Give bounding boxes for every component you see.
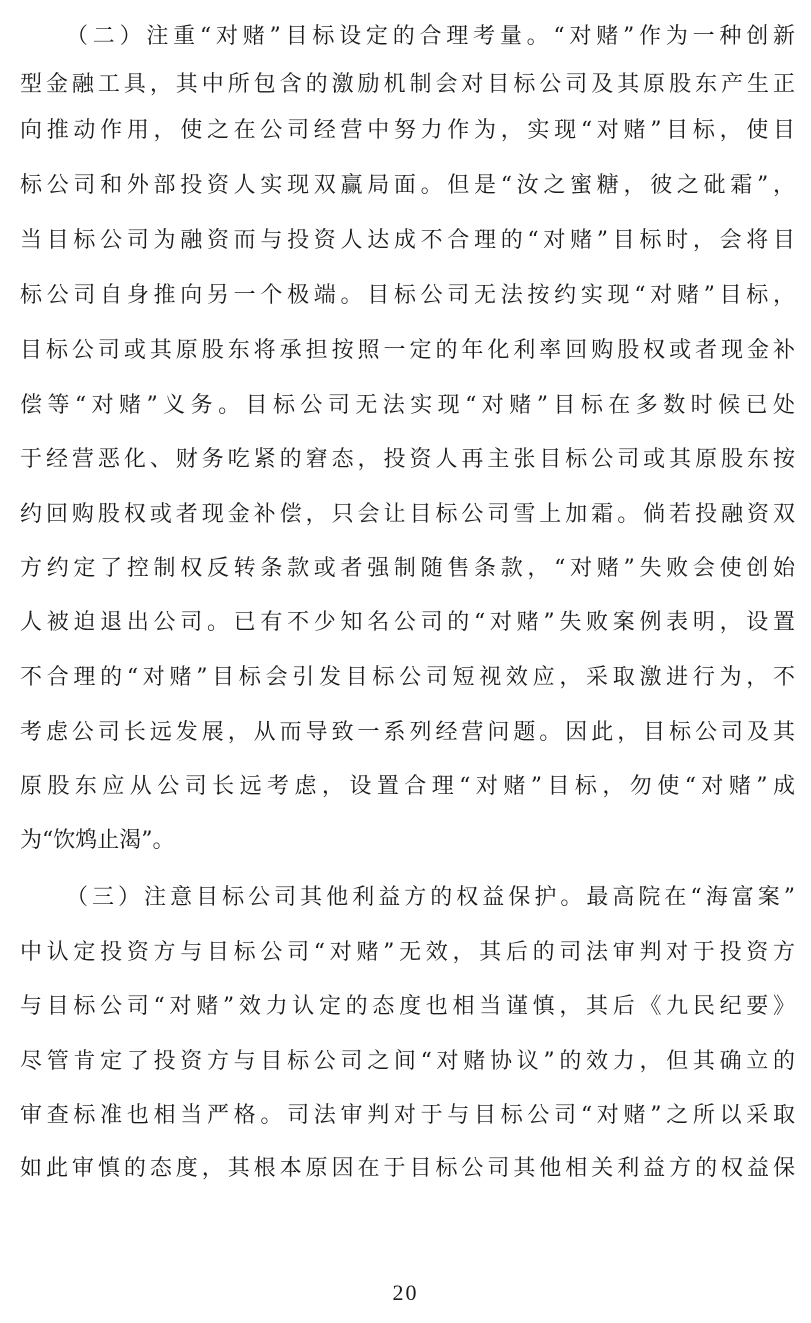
document-page: （二）注重“对赌”目标设定的合理考量。“对赌”作为一种创新 型金融工具，其中所包… [0, 0, 811, 1323]
paragraph-line: 约回购股权或者现金补偿，只会让目标公司雪上加霜。倘若投融资双 [20, 500, 795, 530]
paragraph-line: 标公司和外部投资人实现双赢局面。但是“汝之蜜糖，彼之砒霜”， [20, 171, 795, 201]
paragraph-line: （二）注重“对赌”目标设定的合理考量。“对赌”作为一种创新 [66, 22, 795, 52]
paragraph-line: 尽管肯定了投资方与目标公司之间“对赌协议”的效力，但其确立的 [20, 1047, 795, 1077]
paragraph-line: 当目标公司为融资而与投资人达成不合理的“对赌”目标时，会将目 [20, 226, 795, 256]
paragraph-line: 为“饮鸩止渴”。 [20, 826, 795, 856]
paragraph-line: 偿等“对赌”义务。目标公司无法实现“对赌”目标在多数时候已处 [20, 391, 795, 421]
paragraph-line: 考虑公司长远发展，从而导致一系列经营问题。因此，目标公司及其 [20, 718, 795, 748]
paragraph-line: 人被迫退出公司。已有不少知名公司的“对赌”失败案例表明，设置 [20, 608, 795, 638]
paragraph-line: 型金融工具，其中所包含的激励机制会对目标公司及其原股东产生正 [20, 70, 795, 100]
paragraph-line: 不合理的“对赌”目标会引发目标公司短视效应，采取激进行为，不 [20, 663, 795, 693]
paragraph-line: 与目标公司“对赌”效力认定的态度也相当谨慎，其后《九民纪要》 [20, 992, 795, 1022]
paragraph-line: 标公司自身推向另一个极端。目标公司无法按约实现“对赌”目标， [20, 281, 795, 311]
paragraph-line: 审查标准也相当严格。司法审判对于与目标公司“对赌”之所以采取 [20, 1101, 795, 1131]
page-number: 20 [0, 1280, 811, 1306]
paragraph-line: 于经营恶化、财务吃紧的窘态，投资人再主张目标公司或其原股东按 [20, 445, 795, 475]
paragraph-line: 中认定投资方与目标公司“对赌”无效，其后的司法审判对于投资方 [20, 938, 795, 968]
paragraph-line: （三）注意目标公司其他利益方的权益保护。最高院在“海富案” [66, 883, 795, 913]
paragraph-line: 方约定了控制权反转条款或者强制随售条款，“对赌”失败会使创始 [20, 554, 795, 584]
paragraph-line: 向推动作用，使之在公司经营中努力作为，实现“对赌”目标，使目 [20, 116, 795, 146]
paragraph-line: 原股东应从公司长远考虑，设置合理“对赌”目标，勿使“对赌”成 [20, 772, 795, 802]
paragraph-line: 如此审慎的态度，其根本原因在于目标公司其他相关利益方的权益保 [20, 1154, 795, 1184]
paragraph-line: 目标公司或其原股东将承担按照一定的年化利率回购股权或者现金补 [20, 336, 795, 366]
